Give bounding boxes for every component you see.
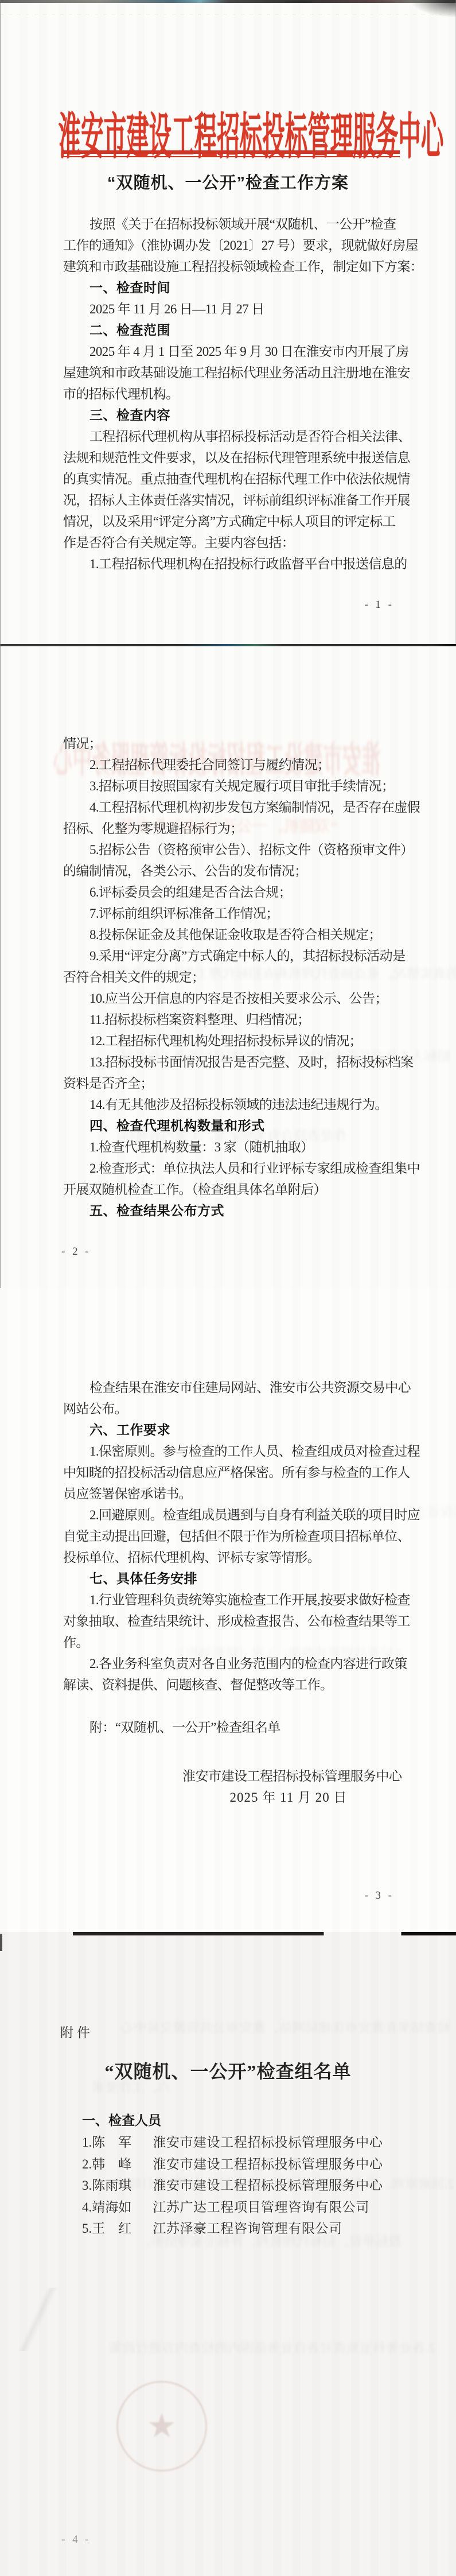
section-heading: 五、检查结果公布方式 <box>63 1200 399 1221</box>
section-heading: 三、检查内容 <box>63 405 399 426</box>
page-1-content: 按照《关于在招标投标领域开展“双随机、一公开”检查工作的通知》（淮协调办发〔20… <box>63 214 399 575</box>
page-1: 淮安市建设工程招标投标管理服务中心 “双随机、一公开”检查工作方案 按照《关于在… <box>0 0 456 644</box>
text-line: 8.投标保证金及其他保证金收取是否符合相关规定； <box>63 924 399 945</box>
text-line: 按照《关于在招标投标领域开展“双随机、一公开”检查 <box>63 214 399 235</box>
signature-block: 淮安市建设工程招标投标管理服务中心 2025 年 11 月 20 日 <box>182 1766 395 1808</box>
scan-edge-top <box>0 644 456 646</box>
text-line: 况，招标人主体责任落实情况，评标前组织评标准备工作开展 <box>63 490 399 511</box>
text-line: 12.工程招标代理机构处理招标投标异议的情况； <box>63 1030 399 1052</box>
text-line: 情况，以及采用“评定分离”方式确定中标人项目的评定标工 <box>63 511 399 532</box>
text-line: 屋建筑和市政基础设施工程招标代理业务活动且注册地在淮安 <box>63 362 399 383</box>
text-line: 附：“双随机、一公开”检查组名单 <box>63 1717 399 1738</box>
text-line: 投标单位、招标代理机构、评标专家等情形。 <box>63 1547 399 1568</box>
text-line: 1.行业管理科负责统筹实施检查工作开展,按要求做好检查 <box>63 1589 399 1611</box>
text-line: 建筑和市政基础设施工程招投标领域检查工作，制定如下方案： <box>63 256 399 277</box>
text-line: 6.评标委员会的组建是否合法合规； <box>63 882 399 903</box>
text-line: 4.工程招标代理机构初步发包方案编制情况，是否存在虚假 <box>63 797 399 818</box>
scanned-document: 淮安市建设工程招标投标管理服务中心 “双随机、一公开”检查工作方案 按照《关于在… <box>0 0 456 2576</box>
member-org: 淮安市建设工程招标投标管理服务中心 <box>153 2154 383 2175</box>
section-heading: 四、检查代理机构数量和形式 <box>63 1115 399 1136</box>
page-4: 检查结果在淮安市住建局网站、淮安市公共资源交易中心 六、工作要求 2.回避原则。… <box>0 1932 456 2576</box>
text-line: 的真实情况。重点抽查代理机构在招标代理工作中依法依规情 <box>63 468 399 490</box>
member-row: 2.韩 峰淮安市建设工程招标投标管理服务中心 <box>82 2154 410 2175</box>
member-org: 江苏泽豪工程咨询管理有限公司 <box>153 2218 342 2240</box>
scan-edge-left <box>0 0 1 644</box>
member-row: 5.王 红江苏泽豪工程咨询管理有限公司 <box>82 2218 410 2240</box>
letterhead-rule-thin <box>61 156 400 157</box>
attachment-label: 附件 <box>60 2022 93 2041</box>
section-heading: 六、工作要求 <box>63 1419 399 1441</box>
member-org: 江苏广达工程项目管理咨询有限公司 <box>153 2197 369 2218</box>
scan-edge-top <box>0 1932 456 1935</box>
text-line: 检查结果在淮安市住建局网站、淮安市公共资源交易中心 <box>63 1377 399 1398</box>
section-heading: 一、检查时间 <box>63 277 399 298</box>
member-list: 1.陈 军淮安市建设工程招标投标管理服务中心2.韩 峰淮安市建设工程招标投标管理… <box>82 2132 410 2240</box>
text-line: 作是否符合有关规定等。主要内容包括： <box>63 532 399 553</box>
member-row: 4.靖海如江苏广达工程项目管理咨询有限公司 <box>82 2197 410 2218</box>
text-line: 作。 <box>63 1632 399 1653</box>
text-line: 11.招标投标档案资料整理、归档情况； <box>63 1009 399 1030</box>
text-line: 7.评标前组织评标准备工作情况； <box>63 903 399 924</box>
member-row: 1.陈 军淮安市建设工程招标投标管理服务中心 <box>82 2132 410 2154</box>
text-line: 工作的通知》（淮协调办发〔2021〕27 号）要求，现就做好房屋 <box>63 235 399 256</box>
member-num: 2. <box>82 2154 92 2175</box>
text-line: 2.各业务科室负责对各自业务范围内的检查内容进行政策 <box>63 1653 399 1674</box>
page-number-2: - 2 - <box>61 1246 91 1258</box>
text-line: 否符合相关文件的规定； <box>63 967 399 988</box>
member-name: 靖海如 <box>92 2197 142 2218</box>
text-line: 10.应当公开信息的内容是否按相关要求公示、公告； <box>63 988 399 1009</box>
page-number-4: - 4 - <box>61 2534 91 2546</box>
section-heading: 一、检查人员 <box>82 2110 161 2129</box>
page-3: 8.投标保证金及其他保证金收取是否符合相关规定； 1.检查代理机构数量：3 家（… <box>0 1288 456 1932</box>
member-org: 淮安市建设工程招标投标管理服务中心 <box>153 2132 383 2154</box>
member-row: 3.陈雨琪淮安市建设工程招标投标管理服务中心 <box>82 2175 410 2197</box>
member-name: 陈 军 <box>92 2132 142 2154</box>
signature-organization: 淮安市建设工程招标投标管理服务中心 <box>182 1766 395 1787</box>
text-line: 招标、化整为零规避招标行为； <box>63 818 399 839</box>
member-num: 1. <box>82 2132 92 2154</box>
text-line: 资料是否齐全； <box>63 1073 399 1094</box>
member-name: 韩 峰 <box>92 2154 142 2175</box>
text-line: 开展双随机检查工作。（检查组具体名单附后） <box>63 1179 399 1200</box>
member-org: 淮安市建设工程招标投标管理服务中心 <box>153 2175 383 2197</box>
paper-crease <box>0 2288 75 2351</box>
text-line: 对象抽取、检查结果统计、形成检查报告、公布检查结果等工 <box>63 1611 399 1632</box>
text-line: 情况； <box>63 733 399 754</box>
page-3-content: 检查结果在淮安市住建局网站、淮安市公共资源交易中心网站公布。六、工作要求1.保密… <box>63 1377 399 1738</box>
scan-edge-left <box>0 644 1 1288</box>
text-line: 3.招标项目按照国家有关规定履行项目审批手续情况； <box>63 775 399 797</box>
text-line: 中知晓的招投标活动信息应严格保密。所有参与检查的工作人 <box>63 1462 399 1483</box>
text-line: 2025 年 4 月 1 日至 2025 年 9 月 30 日在淮安市内开展了房 <box>63 341 399 362</box>
text-line: 解读、资料提供、问题核查、督促整改等工作。 <box>63 1674 399 1696</box>
member-name: 陈雨琪 <box>92 2175 142 2197</box>
text-line: 的编制情况，各类公示、公告的发布情况； <box>63 860 399 882</box>
text-line: 1.工程招标代理机构在招投标行政监督平台中报送信息的 <box>63 553 399 575</box>
member-name: 王 红 <box>92 2218 142 2240</box>
text-line: 法规和规范性文件要求，以及在招标代理管理系统中报送信息 <box>63 447 399 468</box>
member-num: 3. <box>82 2175 92 2197</box>
signature-date: 2025 年 11 月 20 日 <box>182 1787 395 1808</box>
text-line: 网站公布。 <box>63 1398 399 1419</box>
text-line: 2.工程招标代理委托合同签订与履约情况； <box>63 754 399 775</box>
page-number-3: - 3 - <box>364 1890 394 1902</box>
page-2: 淮安市建设工程招标投标管理服务中心 “双随机、一公开”检查工作方案 的真实情况。… <box>0 644 456 1288</box>
attachment-title: “双随机、一公开”检查组名单 <box>0 2057 456 2084</box>
text-line: 2.检查形式：单位执法人员和行业评标专家组成检查组集中 <box>63 1158 399 1179</box>
text-line: 2025 年 11 月 26 日—11 月 27 日 <box>63 298 399 320</box>
section-heading: 二、检查范围 <box>63 320 399 341</box>
text-line: 工程招标代理机构从事招标投标活动是否符合相关法律、 <box>63 426 399 447</box>
scan-corner-shadow <box>411 0 456 17</box>
text-line: 1.保密原则。参与检查的工作人员、检查组成员对检查过程 <box>63 1441 399 1462</box>
text-line: 市的招标代理机构。 <box>63 383 399 405</box>
scan-dotted-line <box>0 14 456 14</box>
text-line: 5.招标公告（资格预审公告）、招标文件（资格预审文件） <box>63 839 399 860</box>
section-heading: 七、具体任务安排 <box>63 1568 399 1589</box>
text-line: 2.回避原则。检查组成员遇到与自身有利益关联的项目时应 <box>63 1504 399 1526</box>
bleedthrough-text: 2.各业务科室负责对各自业务范围内的检查内容进行政策 <box>109 2337 435 2356</box>
bleedthrough-text: 检查结果在淮安市住建局网站、淮安市公共资源交易中心 <box>120 2017 450 2036</box>
page-number-1: - 1 - <box>364 599 394 611</box>
document-title: “双随机、一公开”检查工作方案 <box>0 170 456 193</box>
blank-line <box>63 1696 399 1717</box>
text-line: 9.采用“评定分离”方式确定中标人的，其招标投标活动是 <box>63 945 399 967</box>
text-line: 13.招标投标书面情况报告是否完整、及时，招标投标档案 <box>63 1052 399 1073</box>
text-line: 自觉主动提出回避，包括但不限于作为所检查项目招标单位、 <box>63 1526 399 1547</box>
scan-edge-notch <box>0 1934 2 1951</box>
text-line: 14.有无其他涉及招标投标领域的违法违纪违规行为。 <box>63 1094 399 1115</box>
member-num: 5. <box>82 2218 92 2240</box>
scan-edge-top <box>0 0 456 3</box>
text-line: 员应签署保密承诺书。 <box>63 1483 399 1504</box>
seal-stamp-bleedthrough: ★ <box>116 2381 207 2472</box>
member-num: 4. <box>82 2197 92 2218</box>
star-icon: ★ <box>147 2410 177 2443</box>
text-line: 1.检查代理机构数量：3 家（随机抽取） <box>63 1136 399 1158</box>
letterhead-rule-thick <box>61 150 400 154</box>
page-2-content: 情况；2.工程招标代理委托合同签订与履约情况；3.招标项目按照国家有关规定履行项… <box>63 733 399 1221</box>
